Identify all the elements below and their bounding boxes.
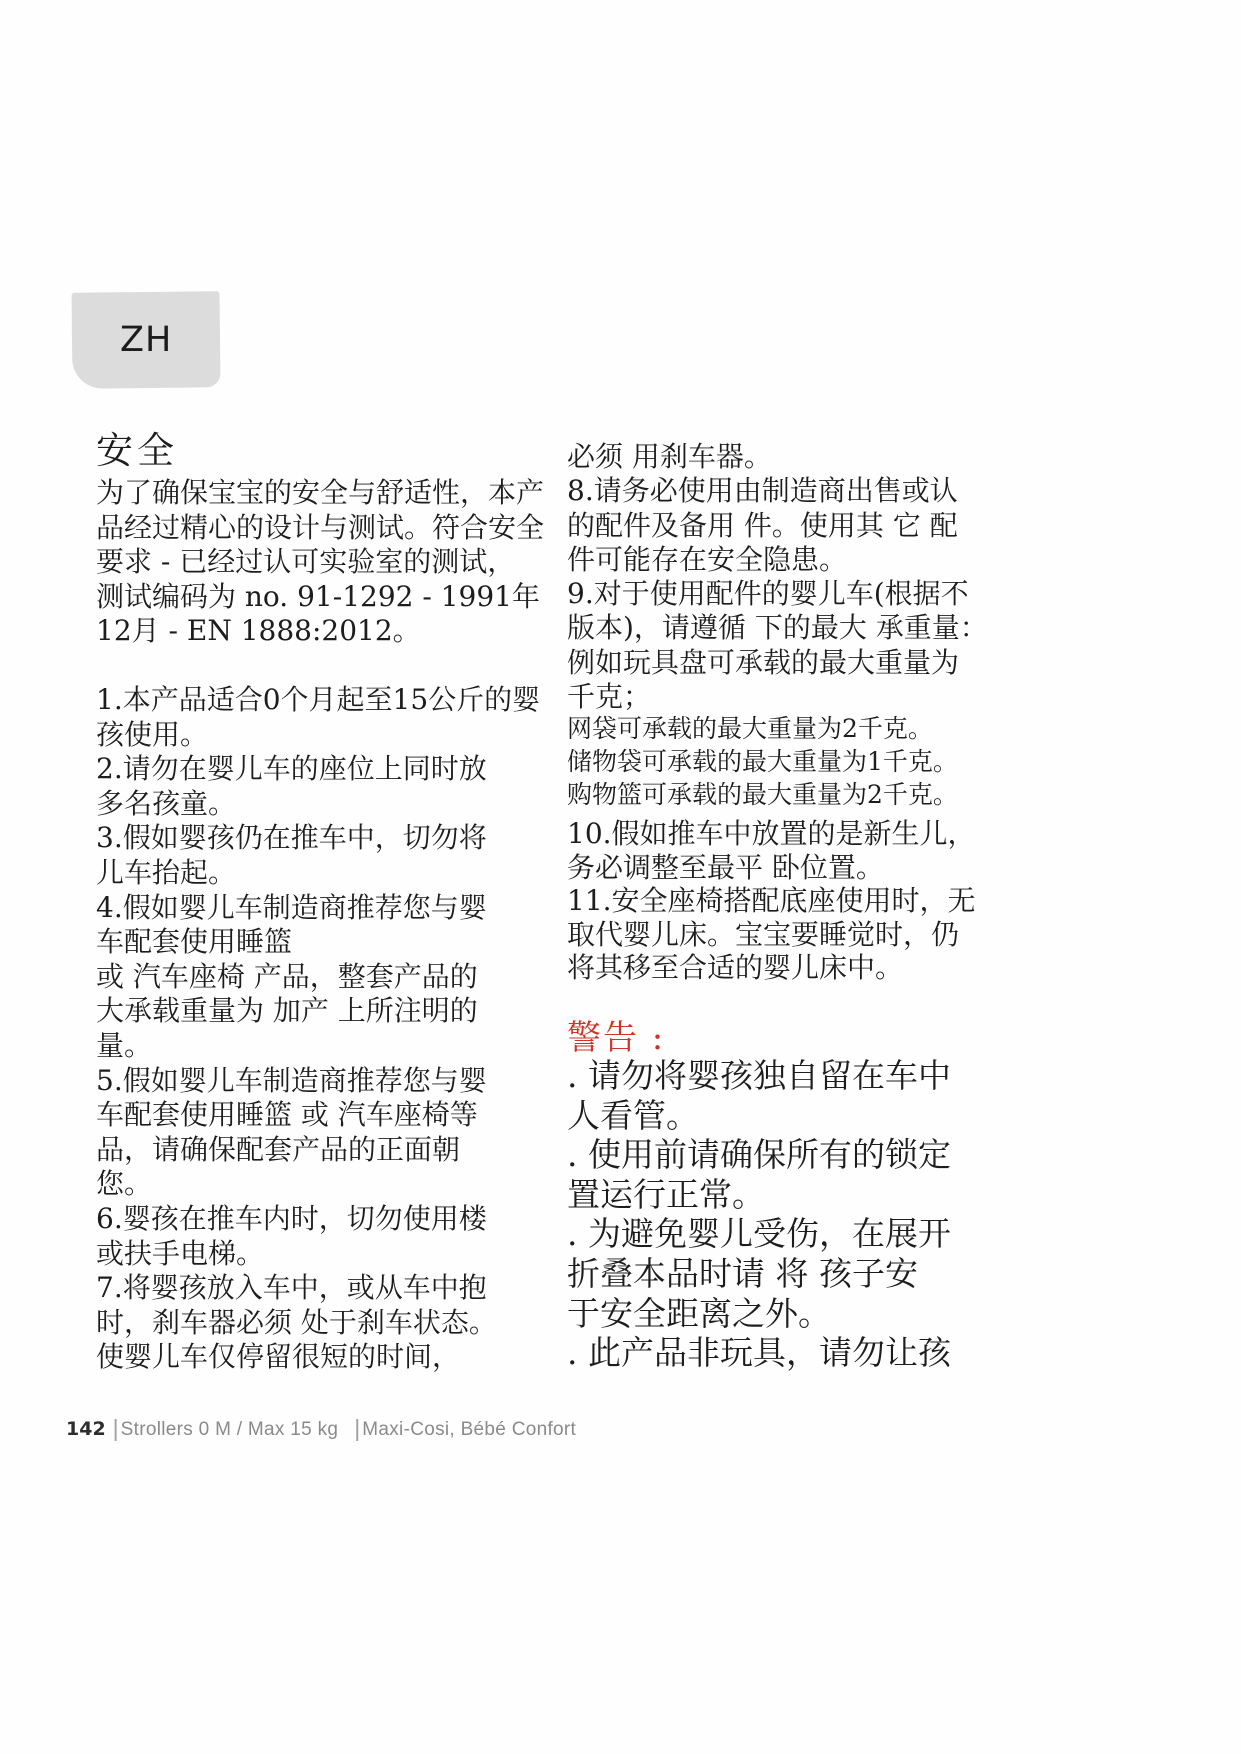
warning-heading: 警告 : [567,1018,1053,1058]
warning-list: . 请勿将婴孩独自留在车中 人看管。 . 使用前请确保所有的锁定 置运行正常。 … [567,1056,1053,1373]
footer-brand: Maxi-Cosi, Bébé Confort [362,1419,576,1441]
language-tab: ZH [72,291,221,389]
footer-separator: | [113,1415,119,1442]
numbered-list-items-8-9: 必须 用刹车器。 8.请务必使用由制造商出售或认 的配件及备用 件。使用其 它 … [567,440,1053,714]
intro-paragraph: 为了确保宝宝的安全与舒适性，本产 品经过精心的设计与测试。符合安全 要求 - 已… [96,476,574,649]
numbered-list-items-10-11: 10.假如推车中放置的是新生儿， 务必调整至最平 卧位置。 11.安全座椅搭配底… [567,817,1053,985]
language-tab-label: ZH [120,320,172,360]
footer: 142 | Strollers 0 M / Max 15 kg | Maxi-C… [66,1414,576,1441]
page-number: 142 [66,1418,106,1440]
manual-page: ZH 安全 为了确保宝宝的安全与舒适性，本产 品经过精心的设计与测试。符合安全 … [0,0,1241,1754]
numbered-list-items-1-7: 1.本产品适合0个月起至15公斤的婴 孩使用。 2.请勿在婴儿车的座位上同时放 … [96,683,574,1375]
footer-separator: | [354,1415,360,1442]
footer-section: Strollers 0 M / Max 15 kg [121,1419,339,1441]
weight-limit-notes: 网袋可承载的最大重量为2千克。 储物袋可承载的最大重量为1千克。 购物篮可承载的… [567,712,1053,811]
page-title: 安全 [96,428,574,474]
